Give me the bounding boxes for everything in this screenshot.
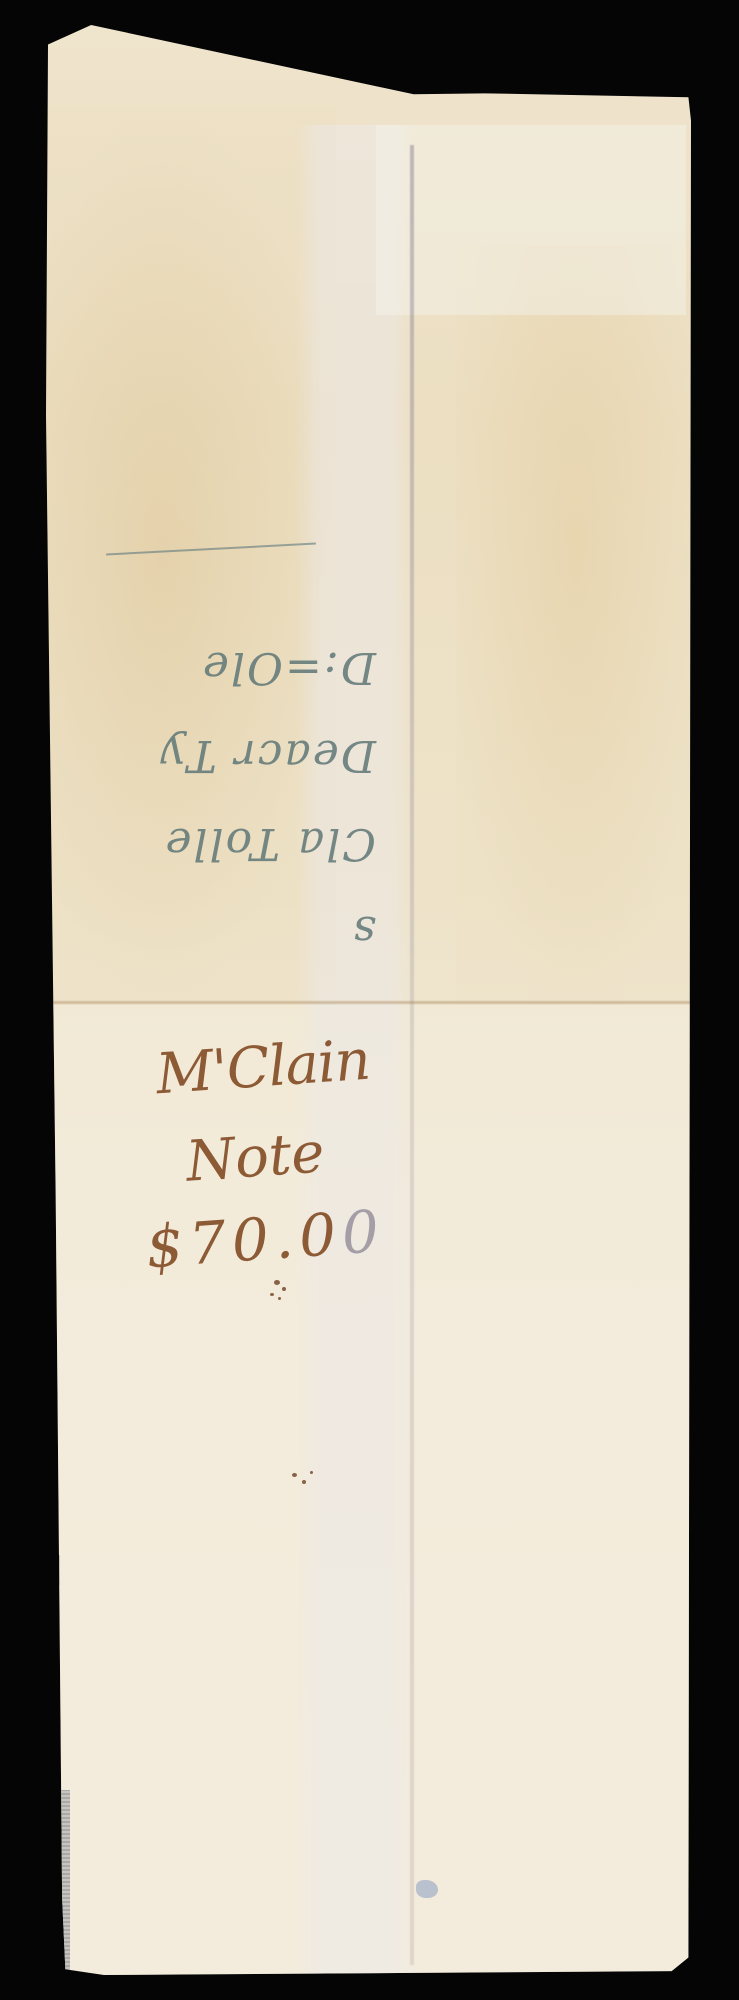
ink-spot <box>310 1471 313 1474</box>
amount-main: $70.0 <box>144 1200 344 1282</box>
horizontal-fold-line <box>46 1001 691 1004</box>
mount-edge <box>46 1790 70 1975</box>
endorsement-name: M'Clain <box>154 1028 372 1108</box>
age-stain <box>456 245 696 1005</box>
amount-faded-digit: 0 <box>339 1197 387 1268</box>
ink-spot <box>270 1293 274 1296</box>
ink-spot <box>282 1287 286 1291</box>
mount-edge <box>46 1555 60 1585</box>
ink-spot <box>292 1473 297 1477</box>
ink-spot <box>302 1480 306 1484</box>
ink-endorsement: M'Clain Note $70.00 <box>106 1025 436 1325</box>
pencil-line: s <box>106 887 376 975</box>
endorsement-amount: $70.00 <box>144 1197 387 1282</box>
pencil-inscription: s Cla Tolle Deacr Ty D:=Ole <box>106 495 376 975</box>
pencil-line: Deacr Ty <box>106 711 376 799</box>
endorsement-label: Note <box>184 1120 327 1194</box>
document-paper: s Cla Tolle Deacr Ty D:=Ole M'Clain Note… <box>46 25 691 1977</box>
pencil-line: Cla Tolle <box>106 799 376 887</box>
repair-tissue-patch <box>376 125 686 315</box>
ink-spot <box>274 1280 280 1285</box>
ink-spot <box>278 1297 281 1300</box>
paper-blemish <box>416 1880 438 1898</box>
pencil-line: D:=Ole <box>106 623 376 711</box>
